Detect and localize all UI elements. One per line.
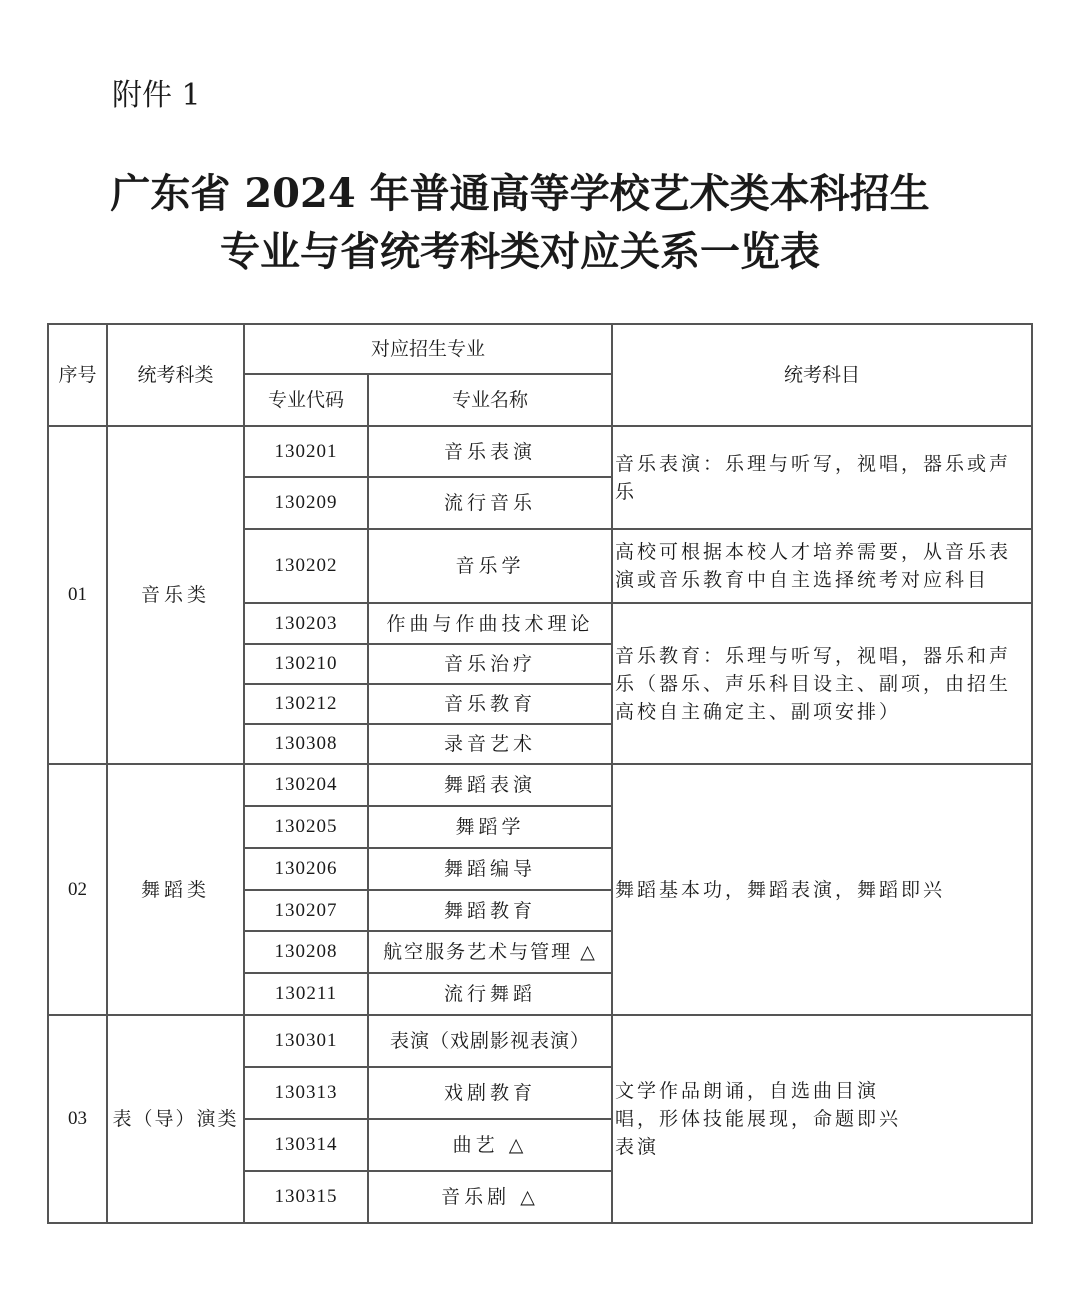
group-category: 音乐类 [107, 426, 244, 764]
exam-subjects: 音乐教育：乐理与听写，视唱，器乐和声乐（器乐、声乐科目设主、副项，由招生高校自主… [612, 603, 1032, 764]
group-seq: 01 [48, 426, 107, 764]
major-name: 航空服务艺术与管理 △ [368, 931, 612, 973]
major-name: 音乐教育 [368, 684, 612, 724]
group-seq: 03 [48, 1015, 107, 1223]
major-code: 130206 [244, 848, 368, 890]
major-code: 130207 [244, 890, 368, 931]
major-name: 录音艺术 [368, 724, 612, 764]
header-major-name: 专业名称 [368, 374, 612, 426]
major-name: 作曲与作曲技术理论 [368, 603, 612, 644]
major-code: 130301 [244, 1015, 368, 1067]
header-subjects: 统考科目 [612, 324, 1032, 426]
major-code: 130212 [244, 684, 368, 724]
major-name: 戏剧教育 [368, 1067, 612, 1119]
major-name: 音乐表演 [368, 426, 612, 477]
major-code: 130203 [244, 603, 368, 644]
major-code: 130211 [244, 973, 368, 1015]
document-title-line-1: 广东省 2024 年普通高等学校艺术类本科招生 [0, 162, 1060, 219]
major-code: 130204 [244, 764, 368, 806]
group-category: 舞蹈类 [107, 764, 244, 1015]
major-code: 130208 [244, 931, 368, 973]
header-category: 统考科类 [107, 324, 244, 426]
major-name: 音乐剧 △ [368, 1171, 612, 1223]
header-seq: 序号 [48, 324, 107, 426]
table-row: 02 舞蹈类 130204 舞蹈表演 舞蹈基本功，舞蹈表演，舞蹈即兴 [48, 764, 1032, 806]
exam-subjects-text: 文学作品朗诵，自选曲目演唱，形体技能展现，命题即兴表演 [615, 1077, 915, 1161]
document-title-line-2: 专业与省统考科类对应关系一览表 [0, 220, 1060, 277]
major-code: 130308 [244, 724, 368, 764]
major-name: 音乐治疗 [368, 644, 612, 684]
major-code: 130315 [244, 1171, 368, 1223]
major-name: 舞蹈教育 [368, 890, 612, 931]
major-name: 舞蹈学 [368, 806, 612, 848]
major-name: 舞蹈编导 [368, 848, 612, 890]
major-name: 舞蹈表演 [368, 764, 612, 806]
header-major-code: 专业代码 [244, 374, 368, 426]
attachment-label: 附件 1 [112, 70, 201, 114]
table-row: 03 表（导）演类 130301 表演（戏剧影视表演） 文学作品朗诵，自选曲目演… [48, 1015, 1032, 1067]
major-name: 流行舞蹈 [368, 973, 612, 1015]
major-name: 流行音乐 [368, 477, 612, 529]
major-code: 130201 [244, 426, 368, 477]
exam-subjects: 文学作品朗诵，自选曲目演唱，形体技能展现，命题即兴表演 [612, 1015, 1032, 1223]
major-name: 音乐学 [368, 529, 612, 603]
group-category: 表（导）演类 [107, 1015, 244, 1223]
major-name: 曲艺 △ [368, 1119, 612, 1171]
major-code: 130314 [244, 1119, 368, 1171]
major-code: 130202 [244, 529, 368, 603]
major-code: 130209 [244, 477, 368, 529]
exam-subjects: 高校可根据本校人才培养需要，从音乐表演或音乐教育中自主选择统考对应科目 [612, 529, 1032, 603]
exam-subjects: 音乐表演：乐理与听写，视唱，器乐或声乐 [612, 426, 1032, 529]
exam-subjects: 舞蹈基本功，舞蹈表演，舞蹈即兴 [612, 764, 1032, 1015]
group-seq: 02 [48, 764, 107, 1015]
header-majors-group: 对应招生专业 [244, 324, 612, 374]
major-name: 表演（戏剧影视表演） [368, 1015, 612, 1067]
table-row: 01 音乐类 130201 音乐表演 音乐表演：乐理与听写，视唱，器乐或声乐 [48, 426, 1032, 477]
major-code: 130205 [244, 806, 368, 848]
major-code: 130313 [244, 1067, 368, 1119]
major-subject-table: 序号 统考科类 对应招生专业 统考科目 专业代码 专业名称 01 音乐类 130… [47, 323, 1033, 1224]
major-code: 130210 [244, 644, 368, 684]
